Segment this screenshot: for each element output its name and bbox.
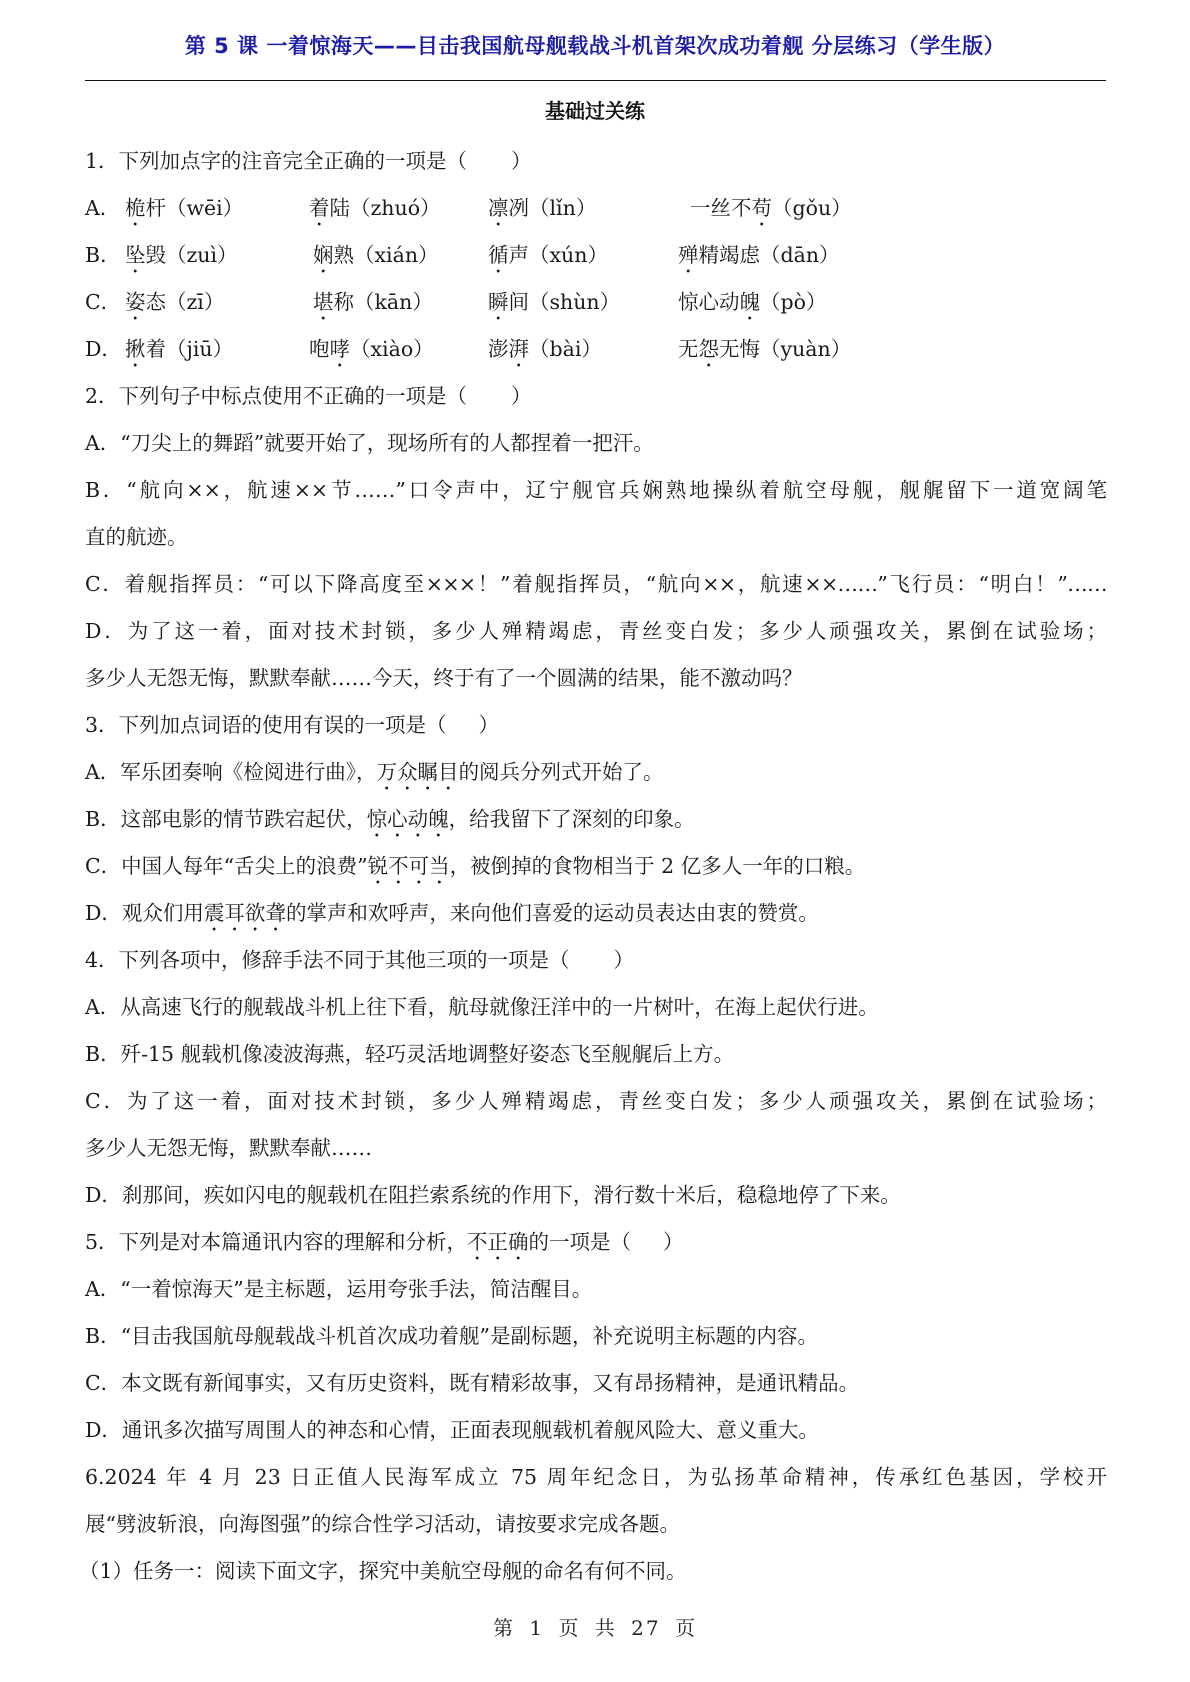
option-item: 桅杆（wēi） (125, 185, 309, 232)
option-item: 揪着（jiū） (125, 326, 309, 373)
question-3-option-c: C．中国人每年“舌尖上的浪费”锐不可当，被倒掉的食物相当于 2 亿多人一年的口粮… (85, 843, 1107, 890)
question-4-option-b: B．歼-15 舰载机像凌波海燕，轻巧灵活地调整好姿态飞至舰艉后上方。 (85, 1031, 1107, 1078)
emphasis-dot-char: 凛 (488, 196, 509, 220)
question-4-option-c-line2: 多少人无怨无悔，默默奉献…… (85, 1125, 1107, 1172)
question-2-stem: 2．下列句子中标点使用不正确的一项是（） (85, 373, 1107, 420)
question-5-stem: 5．下列是对本篇通讯内容的理解和分析，不正确的一项是（） (85, 1219, 1107, 1266)
option-item: 堪称（kān） (309, 279, 488, 326)
question-4-option-c-line1: C．为了这一着，面对技术封锁，多少人殚精竭虑，青丝变白发；多少人顽强攻关，累倒在… (85, 1078, 1107, 1125)
question-5-option-c: C．本文既有新闻事实，又有历史资料，既有精彩故事，又有昂扬精神，是通讯精品。 (85, 1360, 1107, 1407)
option-item: 惊心动魄（pò） (678, 279, 898, 326)
question-3-option-a: A．军乐团奏响《检阅进行曲》，万众瞩目的阅兵分列式开始了。 (85, 749, 1107, 796)
question-6-line1: 6.2024 年 4 月 23 日正值人民海军成立 75 周年纪念日，为弘扬革命… (85, 1454, 1107, 1501)
question-5-option-a: A．“一着惊海天”是主标题，运用夸张手法，简洁醒目。 (85, 1266, 1107, 1313)
emphasis-dot-char: 坠 (125, 243, 146, 267)
header-divider (85, 80, 1106, 81)
emphasis-dot-char: 堪 (313, 290, 334, 314)
question-1-stem: 1．下列加点字的注音完全正确的一项是（） (85, 138, 1107, 185)
emphasis-dot-phrase: 锐不可当 (368, 854, 450, 878)
emphasis-dot-phrase: 万众瞩目 (377, 760, 459, 784)
option-item: 瞬间（shùn） (488, 279, 678, 326)
question-4-stem: 4．下列各项中，修辞手法不同于其他三项的一项是（） (85, 937, 1107, 984)
question-2-option-c: C．着舰指挥员：“可以下降高度至×××！”着舰指挥员，“航向××，航速××……”… (85, 561, 1107, 608)
emphasis-dot-char: 着 (309, 196, 330, 220)
question-3-stem: 3．下列加点词语的使用有误的一项是（） (85, 702, 1107, 749)
question-4-option-a: A．从高速飞行的舰载战斗机上往下看，航母就像汪洋中的一片树叶，在海上起伏行进。 (85, 984, 1107, 1031)
emphasis-dot-char: 哮 (330, 337, 351, 361)
emphasis-dot-char: 殚 (678, 243, 699, 267)
emphasis-dot-char: 娴 (313, 243, 334, 267)
question-3-option-d: D．观众们用震耳欲聋的掌声和欢呼声，来向他们喜爱的运动员表达由衷的赞赏。 (85, 890, 1107, 937)
emphasis-dot-char: 苟 (752, 196, 773, 220)
exercise-content: 1．下列加点字的注音完全正确的一项是（） A． 桅杆（wēi） 着陆（zhuó）… (85, 138, 1107, 1595)
document-header-title: 第 5 课 一着惊海天——目击我国航母舰载战斗机首架次成功着舰 分层练习（学生版… (85, 30, 1105, 60)
emphasis-dot-char: 循 (488, 243, 509, 267)
question-2-option-a: A．“刀尖上的舞蹈”就要开始了，现场所有的人都捏着一把汗。 (85, 420, 1107, 467)
question-2-option-b-line2: 直的航迹。 (85, 514, 1107, 561)
emphasis-dot-char: 揪 (125, 337, 146, 361)
question-1-option-b: B． 坠毁（zuì） 娴熟（xián） 循声（xún） 殚精竭虑（dān） (85, 232, 1107, 279)
question-3-option-b: B．这部电影的情节跌宕起伏，惊心动魄，给我留下了深刻的印象。 (85, 796, 1107, 843)
question-2-option-b-line1: B．“航向××，航速××节……”口令声中，辽宁舰官兵娴熟地操纵着航空母舰，舰艉留… (85, 467, 1107, 514)
option-item: 着陆（zhuó） (309, 185, 484, 232)
question-2-option-d-line2: 多少人无怨无悔，默默奉献……今天，终于有了一个圆满的结果，能不激动吗？ (85, 655, 1107, 702)
emphasis-dot-phrase: 惊心动魄 (367, 807, 449, 831)
question-6-line2: 展“劈波斩浪，向海图强”的综合性学习活动，请按要求完成各题。 (85, 1501, 1107, 1548)
option-item: 殚精竭虑（dān） (678, 232, 898, 279)
emphasis-dot-char: 瞬 (488, 290, 509, 314)
section-title: 基础过关练 (0, 95, 1190, 124)
question-5-option-b: B．“目击我国航母舰载战斗机首次成功着舰”是副标题，补充说明主标题的内容。 (85, 1313, 1107, 1360)
emphasis-dot-phrase: 不正确 (467, 1230, 529, 1254)
emphasis-dot-char: 桅 (125, 196, 146, 220)
emphasis-dot-phrase: 震耳欲聋 (204, 901, 286, 925)
question-1-option-a: A． 桅杆（wēi） 着陆（zhuó） 凛冽（lǐn） 一丝不苟（gǒu） (85, 185, 1107, 232)
question-1-option-d: D． 揪着（jiū） 咆哮（xiào） 澎湃（bài） 无怨无悔（yuàn） (85, 326, 1107, 373)
question-5-option-d: D．通讯多次描写周围人的神态和心情，正面表现舰载机着舰风险大、意义重大。 (85, 1407, 1107, 1454)
question-4-option-d: D．刹那间，疾如闪电的舰载机在阻拦索系统的作用下，滑行数十米后，稳稳地停了下来。 (85, 1172, 1107, 1219)
emphasis-dot-char: 魄 (740, 290, 761, 314)
emphasis-dot-char: 湃 (509, 337, 530, 361)
option-item: 循声（xún） (488, 232, 678, 279)
option-item: 咆哮（xiào） (309, 326, 484, 373)
option-item: 娴熟（xián） (309, 232, 488, 279)
question-1-option-c: C． 姿态（zī） 堪称（kān） 瞬间（shùn） 惊心动魄（pò） (85, 279, 1107, 326)
page-number-footer: 第 1 页 共 27 页 (0, 1612, 1190, 1641)
option-item: 澎湃（bài） (484, 326, 678, 373)
option-item: 无怨无悔（yuàn） (678, 326, 898, 373)
option-item: 坠毁（zuì） (125, 232, 309, 279)
question-6-task1: （1）任务一：阅读下面文字，探究中美航空母舰的命名有何不同。 (79, 1548, 1107, 1595)
emphasis-dot-char: 姿 (125, 290, 146, 314)
emphasis-dot-char: 怨 (699, 337, 720, 361)
option-item: 一丝不苟（gǒu） (678, 185, 910, 232)
question-2-option-d-line1: D．为了这一着，面对技术封锁，多少人殚精竭虑，青丝变白发；多少人顽强攻关，累倒在… (85, 608, 1107, 655)
option-item: 姿态（zī） (125, 279, 309, 326)
option-item: 凛冽（lǐn） (484, 185, 678, 232)
